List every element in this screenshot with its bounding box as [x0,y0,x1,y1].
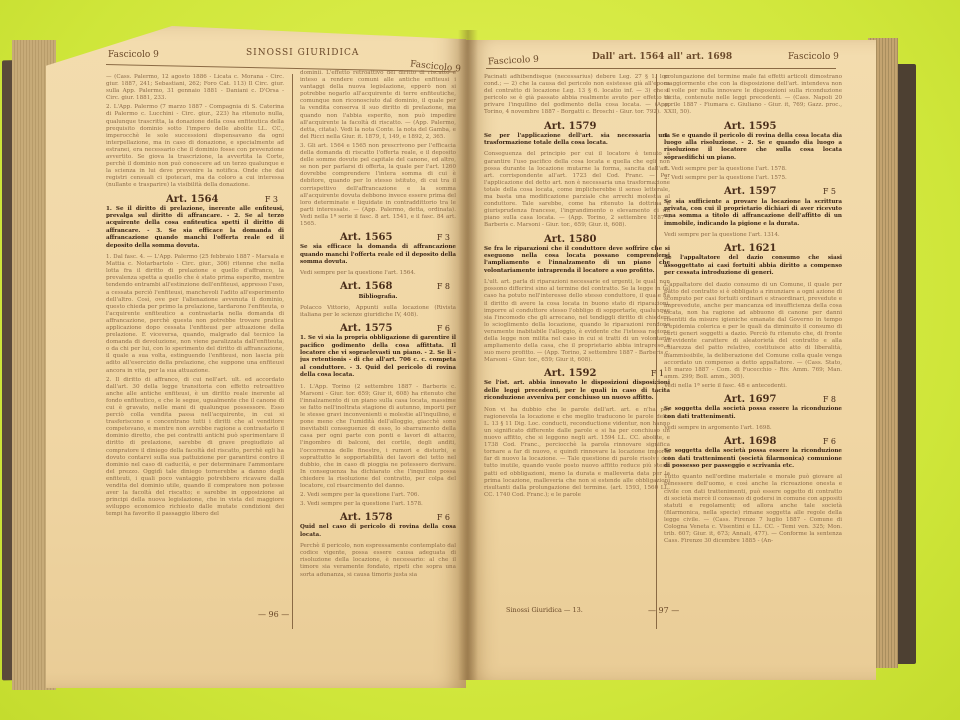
right-page-column-2: prolungazione del termine male fai effet… [664,74,842,634]
fascicle-ref: F 8 [437,283,450,290]
paragraph: 1. L'App. Torino (2 settembre 1887 - Bar… [300,384,456,490]
cross-reference: Vedi sempre in argomento l'art. 1698. [664,425,842,432]
signature-footer: Sinossi Giuridica — 13. [506,606,583,614]
article-title: Art. 1592 [544,370,596,377]
cross-reference: 3. Vedi sempre per la questione l'art. 1… [300,501,456,508]
article-heading: Art. 1564F 3 [106,196,284,203]
article-title: Art. 1697 [724,396,776,403]
paragraph: Tutto quanto nell'ordine materiale e mor… [664,474,842,545]
open-book: Fascicolo 9 SINOSSI GIURIDICA Fascicolo … [0,0,960,720]
right-header-rule [486,68,836,69]
cross-reference: 2. Vedi sempre per la questione l'art. 7… [300,492,456,499]
article-title: Art. 1568 [340,283,392,290]
article-question: Se soggetta della società possa essere l… [664,448,842,470]
paragraph: prolungazione del termine male fai effet… [664,74,842,117]
page-number-right: — 97 — [648,606,679,615]
article-title: Art. 1564 [166,196,218,203]
article-title: Art. 1565 [340,234,392,241]
right-header-right: Fascicolo 9 [788,52,839,62]
article-subheading: Bibliografia. [300,294,456,301]
article-title: Art. 1621 [724,245,776,252]
article-heading: Art. 1592F 1 [484,370,670,377]
article-heading: Art. 1698F 6 [664,438,842,445]
paragraph: L'ult. art. parla di riparazioni necessa… [484,279,670,364]
left-header-center: SINOSSI GIURIDICA [246,48,359,58]
article-title: Art. 1597 [724,188,776,195]
article-title: Art. 1579 [544,123,596,130]
paragraph: dominii. L'effetto retroattivo del dirit… [300,70,456,141]
article-title: Art. 1578 [340,514,392,521]
paragraph: Perchè il pericolo, non espressamente co… [300,543,456,578]
right-header-center: Dall' art. 1564 all' art. 1698 [592,52,732,62]
right-page-column-1: Pacinati adhibendisque (necessarius) deb… [484,74,670,634]
right-page: Fascicolo 9 Dall' art. 1564 all' art. 16… [466,40,876,680]
article-question: Quid nel caso di pericolo di rovina dell… [300,524,456,539]
fascicle-ref: F 1 [651,370,664,377]
article-title: Art. 1575 [340,325,392,332]
column-separator [656,74,657,629]
paragraph: Polacco Vittorio, Appunti sulla locazion… [300,305,456,319]
paragraph: 1. Dal fasc. 4. — L'App. Palermo (25 feb… [106,254,284,375]
left-page-column-1: — (Cass. Palermo, 12 agosto 1886 - Licat… [106,74,284,634]
article-question: 1. Se il diritto di prelazione, inerente… [106,206,284,250]
fascicle-ref: F 6 [437,514,450,521]
right-header-left: Fascicolo 9 [488,55,539,68]
article-heading: Art. 1568F 8 [300,283,456,290]
book-gutter [458,30,478,680]
article-title: Art. 1698 [724,438,776,445]
fascicle-ref: F 6 [823,438,836,445]
paragraph: Non vi ha dubbio che le parole dell'art.… [484,407,670,499]
left-page-column-2: dominii. L'effetto retroattivo del dirit… [300,70,456,632]
article-question: 1. Se e quando il pericolo di rovina del… [664,133,842,163]
left-page: Fascicolo 9 SINOSSI GIURIDICA Fascicolo … [46,26,466,688]
fascicle-ref: F 6 [437,325,450,332]
cross-reference: 2. Vedi sempre per la questione l'art. 1… [664,175,842,182]
article-question: Se fra le riparazioni che il conduttore … [484,246,670,276]
article-question: Se sia efficace la domanda di affrancazi… [300,244,456,266]
fascicle-ref: F 3 [437,234,450,241]
article-question: Se l'ist. art. abbia innovato le disposi… [484,380,670,402]
fascicle-ref: F 8 [823,396,836,403]
article-heading: Art. 1565F 3 [300,234,456,241]
article-heading: Art. 1579 [484,123,670,130]
paragraph: L'appaltatore del dazio consumo di un Co… [664,282,842,381]
paragraph: 2. Il diritto di affranco, di cui nell'a… [106,377,284,519]
article-heading: Art. 1621 [664,245,842,252]
article-heading: Art. 1595 [664,123,842,130]
article-heading: Art. 1578F 6 [300,514,456,521]
cross-reference: Vedi sempre per la questione l'art. 1564… [300,270,456,277]
article-title: Art. 1580 [544,236,596,243]
paragraph: — (Cass. Palermo, 12 agosto 1886 - Licat… [106,74,284,102]
column-separator [292,74,293,629]
paragraph: 3. Gli art. 1564 e 1565 non prescrivono … [300,143,456,228]
fascicle-ref: F 5 [823,188,836,195]
article-question: Se sia sufficiente a provare la locazion… [664,199,842,229]
fascicle-ref: F 3 [265,196,278,203]
article-question: Se per l'applicazione dell'art. sia nece… [484,133,670,148]
paragraph: Pacinati adhibendisque (necessarius) deb… [484,74,670,117]
cross-reference: Vedi nella 1ª serie il fasc. 48 e antece… [664,383,842,390]
cross-reference: 1. Vedi sempre per la questione l'art. 1… [664,166,842,173]
paragraph: Conseguenza del principio per cui il loc… [484,151,670,229]
article-heading: Art. 1597F 5 [664,188,842,195]
article-question: Se l'appaltatore del dazio consumo che s… [664,255,842,277]
article-heading: Art. 1697F 8 [664,396,842,403]
article-heading: Art. 1580 [484,236,670,243]
cross-reference: Vedi sempre per la questione l'art. 1314… [664,232,842,239]
article-title: Art. 1595 [724,123,776,130]
article-question: Se soggetta della società possa essere l… [664,406,842,421]
article-heading: Art. 1575F 6 [300,325,456,332]
page-number-left: — 96 — [258,610,289,619]
left-header-left: Fascicolo 9 [108,50,159,60]
article-question: 1. Se vi sia la propria obbligazione di … [300,335,456,379]
paragraph: 2. L'App. Palermo (7 marzo 1887 - Compag… [106,104,284,189]
